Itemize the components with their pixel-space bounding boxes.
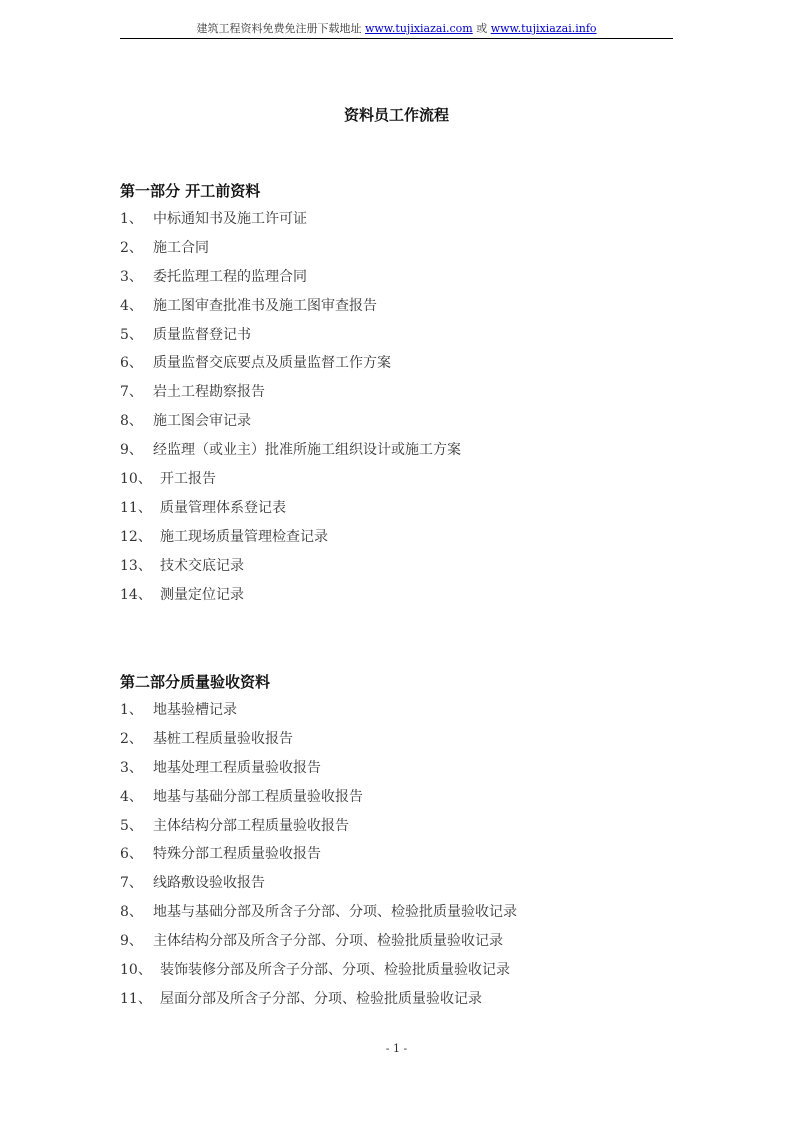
item-number: 13、 <box>120 552 160 581</box>
item-number: 5、 <box>120 321 153 350</box>
item-number: 6、 <box>120 840 153 869</box>
item-number: 2、 <box>120 234 153 263</box>
header-rule <box>120 38 673 39</box>
list-item: 3、委托监理工程的监理合同 <box>120 263 461 292</box>
item-text: 特殊分部工程质量验收报告 <box>153 846 321 862</box>
item-number: 8、 <box>120 407 153 436</box>
list-item: 5、主体结构分部工程质量验收报告 <box>120 812 517 841</box>
section-2-list: 1、地基验槽记录2、基桩工程质量验收报告3、地基处理工程质量验收报告4、地基与基… <box>120 696 517 1014</box>
list-item: 7、岩土工程勘察报告 <box>120 378 461 407</box>
item-text: 地基与基础分部及所含子分部、分项、检验批质量验收记录 <box>153 904 517 920</box>
page-header: 建筑工程资料免费免注册下载地址 www.tujixiazai.com 或 www… <box>120 20 673 36</box>
item-number: 1、 <box>120 205 153 234</box>
list-item: 2、施工合同 <box>120 234 461 263</box>
item-number: 9、 <box>120 436 153 465</box>
item-text: 质量监督登记书 <box>153 327 251 343</box>
item-text: 屋面分部及所含子分部、分项、检验批质量验收记录 <box>160 991 482 1007</box>
item-text: 岩土工程勘察报告 <box>153 384 265 400</box>
item-number: 2、 <box>120 725 153 754</box>
list-item: 8、地基与基础分部及所含子分部、分项、检验批质量验收记录 <box>120 898 517 927</box>
item-number: 11、 <box>120 985 160 1014</box>
item-number: 10、 <box>120 465 160 494</box>
item-number: 7、 <box>120 869 153 898</box>
list-item: 9、经监理（或业主）批准所施工组织设计或施工方案 <box>120 436 461 465</box>
list-item: 5、质量监督登记书 <box>120 321 461 350</box>
item-text: 中标通知书及施工许可证 <box>153 211 307 227</box>
item-text: 质量管理体系登记表 <box>160 500 286 516</box>
list-item: 8、施工图会审记录 <box>120 407 461 436</box>
item-text: 测量定位记录 <box>160 587 244 603</box>
item-text: 线路敷设验收报告 <box>153 875 265 891</box>
item-text: 委托监理工程的监理合同 <box>153 269 307 285</box>
item-number: 10、 <box>120 956 160 985</box>
item-number: 11、 <box>120 494 160 523</box>
item-text: 施工现场质量管理检查记录 <box>160 529 328 545</box>
item-number: 3、 <box>120 754 153 783</box>
item-text: 基桩工程质量验收报告 <box>153 731 293 747</box>
list-item: 14、测量定位记录 <box>120 581 461 610</box>
list-item: 6、质量监督交底要点及质量监督工作方案 <box>120 349 461 378</box>
item-number: 9、 <box>120 927 153 956</box>
item-number: 7、 <box>120 378 153 407</box>
list-item: 13、技术交底记录 <box>120 552 461 581</box>
item-text: 质量监督交底要点及质量监督工作方案 <box>153 355 391 371</box>
list-item: 1、中标通知书及施工许可证 <box>120 205 461 234</box>
item-text: 经监理（或业主）批准所施工组织设计或施工方案 <box>153 442 461 458</box>
item-number: 5、 <box>120 812 153 841</box>
item-text: 施工图审查批准书及施工图审查报告 <box>153 298 377 314</box>
section-2-title: 第二部分质量验收资料 <box>120 671 270 692</box>
list-item: 9、主体结构分部及所含子分部、分项、检验批质量验收记录 <box>120 927 517 956</box>
item-number: 8、 <box>120 898 153 927</box>
item-text: 主体结构分部工程质量验收报告 <box>153 818 349 834</box>
list-item: 12、施工现场质量管理检查记录 <box>120 523 461 552</box>
item-text: 主体结构分部及所含子分部、分项、检验批质量验收记录 <box>153 933 503 949</box>
item-text: 开工报告 <box>160 471 216 487</box>
item-text: 技术交底记录 <box>160 558 244 574</box>
item-number: 6、 <box>120 349 153 378</box>
item-number: 12、 <box>120 523 160 552</box>
item-text: 地基处理工程质量验收报告 <box>153 760 321 776</box>
item-text: 装饰装修分部及所含子分部、分项、检验批质量验收记录 <box>160 962 510 978</box>
list-item: 11、质量管理体系登记表 <box>120 494 461 523</box>
item-text: 地基与基础分部工程质量验收报告 <box>153 789 363 805</box>
section-1-title: 第一部分 开工前资料 <box>120 180 260 201</box>
list-item: 6、特殊分部工程质量验收报告 <box>120 840 517 869</box>
list-item: 3、地基处理工程质量验收报告 <box>120 754 517 783</box>
item-text: 施工图会审记录 <box>153 413 251 429</box>
list-item: 1、地基验槽记录 <box>120 696 517 725</box>
list-item: 2、基桩工程质量验收报告 <box>120 725 517 754</box>
list-item: 10、装饰装修分部及所含子分部、分项、检验批质量验收记录 <box>120 956 517 985</box>
list-item: 4、地基与基础分部工程质量验收报告 <box>120 783 517 812</box>
item-text: 施工合同 <box>153 240 209 256</box>
document-title: 资料员工作流程 <box>0 104 793 125</box>
list-item: 4、施工图审查批准书及施工图审查报告 <box>120 292 461 321</box>
section-1-list: 1、中标通知书及施工许可证2、施工合同3、委托监理工程的监理合同4、施工图审查批… <box>120 205 461 609</box>
list-item: 7、线路敷设验收报告 <box>120 869 517 898</box>
item-text: 地基验槽记录 <box>153 702 237 718</box>
header-text: 建筑工程资料免费免注册下载地址 <box>196 22 361 35</box>
header-link-com[interactable]: www.tujixiazai.com <box>365 22 473 35</box>
list-item: 11、屋面分部及所含子分部、分项、检验批质量验收记录 <box>120 985 517 1014</box>
item-number: 4、 <box>120 292 153 321</box>
item-number: 3、 <box>120 263 153 292</box>
page-number: - 1 - <box>0 1042 793 1055</box>
item-number: 14、 <box>120 581 160 610</box>
header-separator: 或 <box>476 22 487 35</box>
list-item: 10、开工报告 <box>120 465 461 494</box>
item-number: 4、 <box>120 783 153 812</box>
header-link-info[interactable]: www.tujixiazai.info <box>491 22 597 35</box>
item-number: 1、 <box>120 696 153 725</box>
